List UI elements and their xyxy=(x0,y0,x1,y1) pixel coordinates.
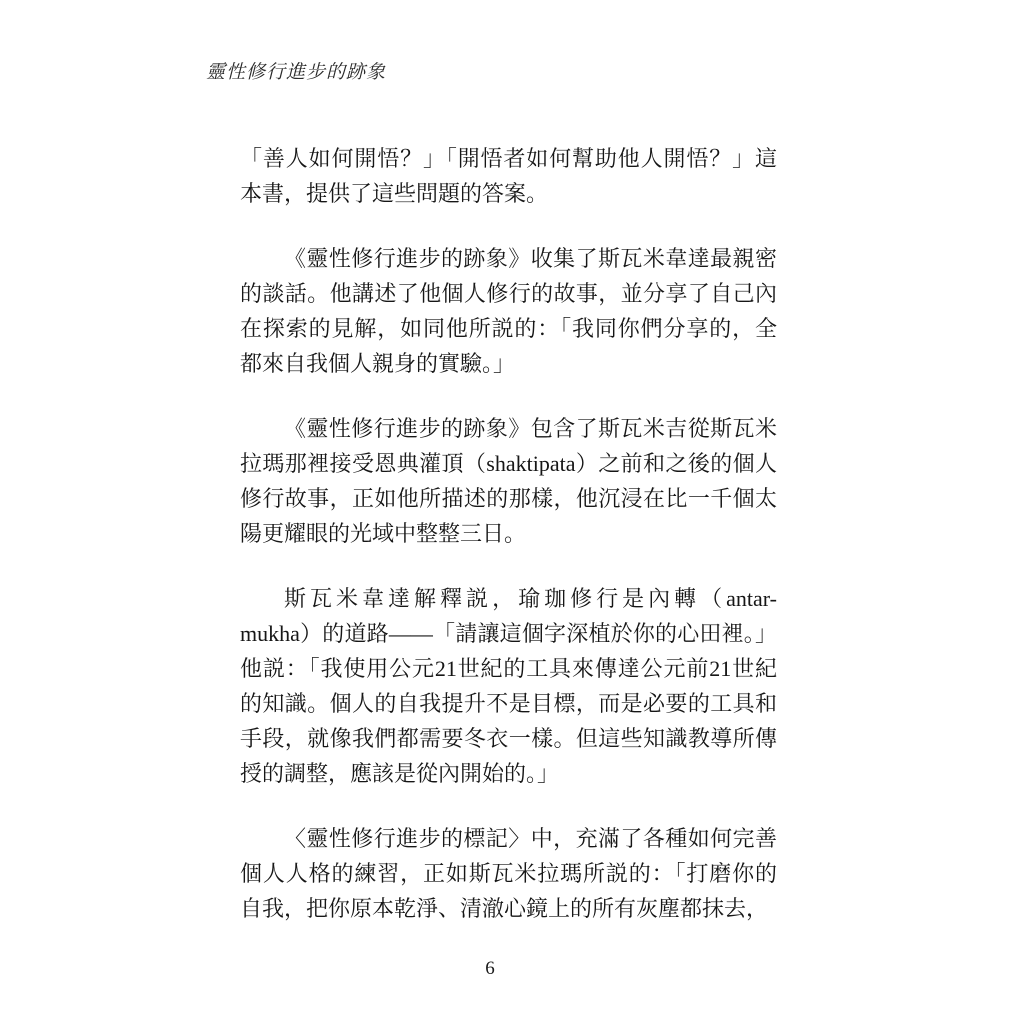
running-header: 靈性修行進步的跡象 xyxy=(206,57,386,84)
paragraph: 〈靈性修行進步的標記〉中，充滿了各種如何完善個人人格的練習，正如斯瓦米拉瑪所説的… xyxy=(240,821,777,926)
page-number: 6 xyxy=(220,958,760,980)
paragraph: 《靈性修行進步的跡象》收集了斯瓦米韋達最親密的談話。他講述了他個人修行的故事，並… xyxy=(240,241,777,381)
paragraph: 斯瓦米韋達解釋説，瑜珈修行是內轉（antar-mukha）的道路——「請讓這個字… xyxy=(240,581,777,791)
paragraph: 「善人如何開悟？」「開悟者如何幫助他人開悟？」這本書，提供了這些問題的答案。 xyxy=(240,141,777,211)
paragraph: 《靈性修行進步的跡象》包含了斯瓦米吉從斯瓦米拉瑪那裡接受恩典灌頂（shaktip… xyxy=(240,411,777,551)
book-page: 靈性修行進步的跡象 「善人如何開悟？」「開悟者如何幫助他人開悟？」這本書，提供了… xyxy=(0,0,1024,1024)
page-body: 「善人如何開悟？」「開悟者如何幫助他人開悟？」這本書，提供了這些問題的答案。《靈… xyxy=(240,141,777,926)
